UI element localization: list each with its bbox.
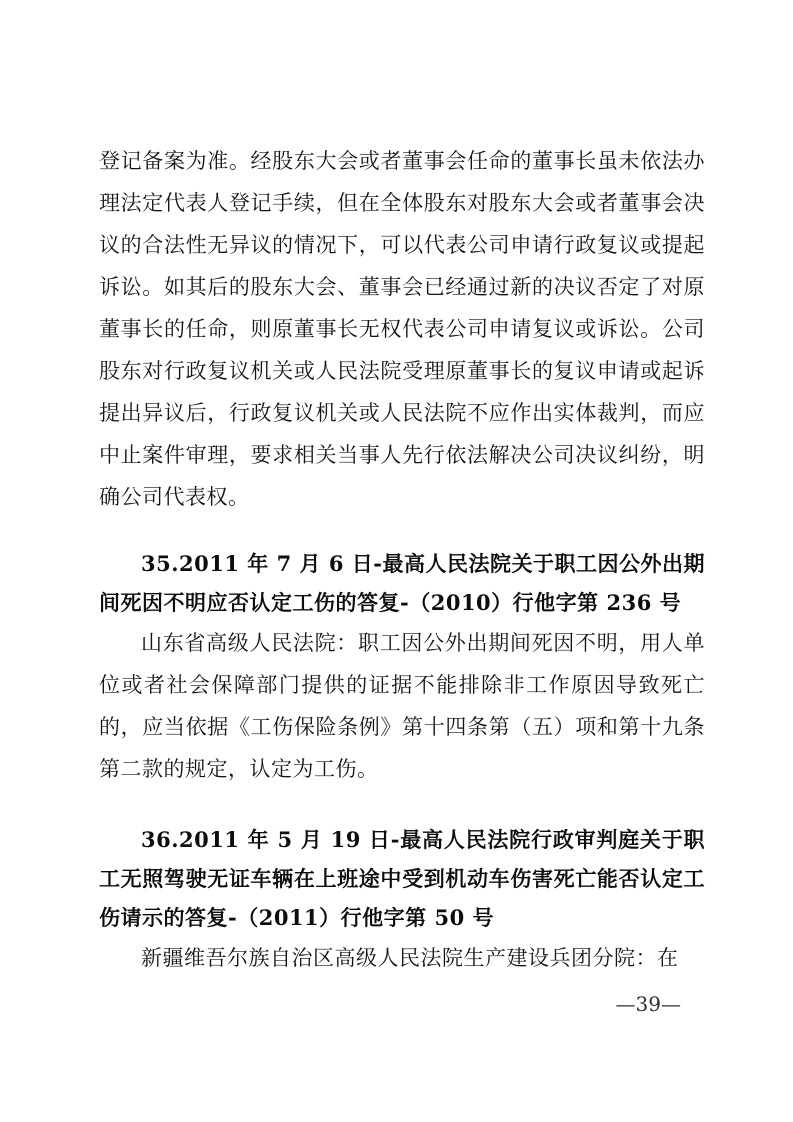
case-reply-paragraph-35: 山东省高级人民法院：职工因公外出期间死因不明，用人单位或者社会保障部门提供的证据… — [99, 622, 705, 790]
page-number: —39— — [616, 992, 681, 1016]
document-page: 登记备案为准。经股东大会或者董事会任命的董事长虽未依法办理法定代表人登记手续，但… — [0, 0, 793, 1122]
case-heading-35: 35.2011 年 7 月 6 日-最高人民法院关于职工因公外出期间死因不明应否… — [99, 544, 705, 622]
case-reply-paragraph-36: 新疆维吾尔族自治区高级人民法院生产建设兵团分院：在 — [99, 937, 705, 979]
body-paragraph-continuation: 登记备案为准。经股东大会或者董事会任命的董事长虽未依法办理法定代表人登记手续，但… — [99, 140, 705, 518]
case-heading-36: 36.2011 年 5 月 19 日-最高人民法院行政审判庭关于职工无照驾驶无证… — [99, 820, 705, 937]
page-content: 登记备案为准。经股东大会或者董事会任命的董事长虽未依法办理法定代表人登记手续，但… — [99, 140, 705, 979]
